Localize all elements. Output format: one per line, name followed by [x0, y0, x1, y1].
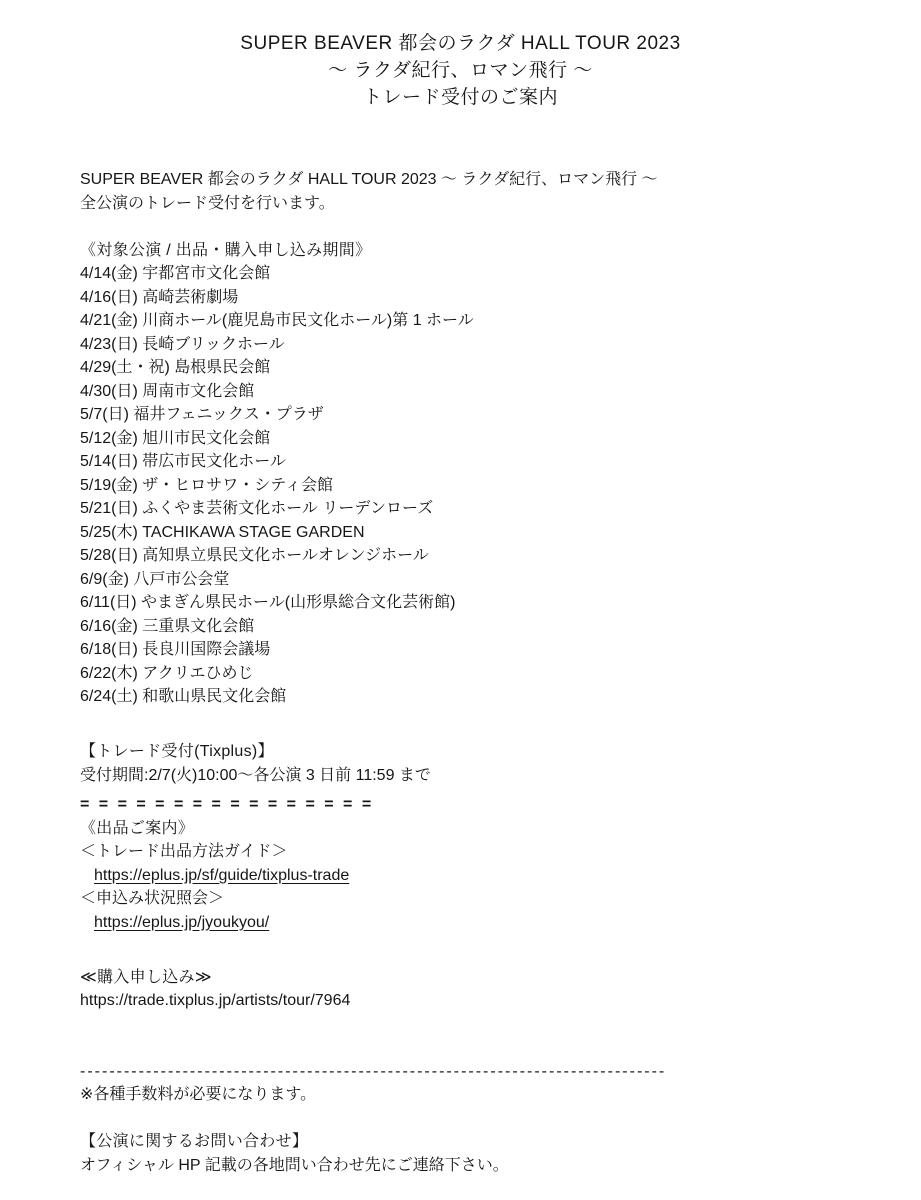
schedule-item: 5/14(日) 帯広市民文化ホール: [80, 450, 871, 474]
schedule-item: 4/14(金) 宇都宮市文化会館: [80, 262, 871, 286]
schedule-item: 6/22(木) アクリエひめじ: [80, 662, 871, 686]
schedule-heading: 《対象公演 / 出品・購入申し込み期間》: [80, 239, 871, 263]
schedule-item: 5/12(金) 旭川市民文化会館: [80, 427, 871, 451]
schedule-item: 4/29(土・祝) 島根県民会館: [80, 356, 871, 380]
trade-guide-label: ＜トレード出品方法ガイド＞: [80, 840, 871, 864]
status-check-label: ＜申込み状況照会＞: [80, 887, 871, 911]
schedule-item: 6/11(日) やまぎん県民ホール(山形県総合文化芸術館): [80, 591, 871, 615]
trade-guide-link[interactable]: https://eplus.jp/sf/guide/tixplus-trade: [94, 867, 349, 884]
intro-line-1: SUPER BEAVER 都会のラクダ HALL TOUR 2023 〜 ラクダ…: [80, 168, 871, 192]
document-page: SUPER BEAVER 都会のラクダ HALL TOUR 2023 〜 ラクダ…: [0, 0, 921, 1200]
schedule-item: 5/7(日) 福井フェニックス・プラザ: [80, 403, 871, 427]
listing-guide-heading: 《出品ご案内》: [80, 817, 871, 841]
purchase-heading: ≪購入申し込み≫: [80, 966, 871, 990]
schedule-item: 5/21(日) ふくやま芸術文化ホール リーデンローズ: [80, 497, 871, 521]
schedule-item: 6/9(金) 八戸市公会堂: [80, 568, 871, 592]
status-check-link[interactable]: https://eplus.jp/jyoukyou/: [94, 914, 269, 931]
schedule-item: 4/30(日) 周南市文化会館: [80, 380, 871, 404]
document-body: SUPER BEAVER 都会のラクダ HALL TOUR 2023 〜 ラクダ…: [0, 168, 921, 1177]
schedule-item: 6/16(金) 三重県文化会館: [80, 615, 871, 639]
purchase-url: https://trade.tixplus.jp/artists/tour/79…: [80, 989, 871, 1013]
title-line-2: 〜 ラクダ紀行、ロマン飛行 〜: [0, 57, 921, 84]
schedule-item: 5/19(金) ザ・ヒロサワ・シティ会館: [80, 474, 871, 498]
schedule-list: 4/14(金) 宇都宮市文化会館 4/16(日) 高崎芸術劇場 4/21(金) …: [80, 262, 871, 709]
fee-note: ※各種手数料が必要になります。: [80, 1083, 871, 1107]
trade-period: 受付期間:2/7(火)10:00〜各公演 3 日前 11:59 まで: [80, 764, 871, 788]
schedule-item: 6/24(土) 和歌山県民文化会館: [80, 685, 871, 709]
title-line-1: SUPER BEAVER 都会のラクダ HALL TOUR 2023: [0, 30, 921, 57]
dashed-divider: ----------------------------------------…: [80, 1060, 690, 1084]
equals-divider: = = = = = = = = = = = = = = = =: [80, 793, 871, 817]
schedule-item: 5/28(日) 高知県立県民文化ホールオレンジホール: [80, 544, 871, 568]
schedule-item: 4/16(日) 高崎芸術劇場: [80, 286, 871, 310]
schedule-item: 5/25(木) TACHIKAWA STAGE GARDEN: [80, 521, 871, 545]
schedule-item: 6/18(日) 長良川国際会議場: [80, 638, 871, 662]
intro-paragraph: SUPER BEAVER 都会のラクダ HALL TOUR 2023 〜 ラクダ…: [80, 168, 871, 215]
trade-section-heading: 【トレード受付(Tixplus)】: [80, 740, 871, 764]
contact-body: オフィシャル HP 記載の各地問い合わせ先にご連絡下さい。: [80, 1154, 871, 1178]
title-line-3: トレード受付のご案内: [0, 84, 921, 111]
schedule-item: 4/23(日) 長崎ブリックホール: [80, 333, 871, 357]
contact-heading: 【公演に関するお問い合わせ】: [80, 1130, 871, 1154]
intro-line-2: 全公演のトレード受付を行います。: [80, 192, 871, 216]
schedule-item: 4/21(金) 川商ホール(鹿児島市民文化ホール)第 1 ホール: [80, 309, 871, 333]
document-title: SUPER BEAVER 都会のラクダ HALL TOUR 2023 〜 ラクダ…: [0, 0, 921, 111]
